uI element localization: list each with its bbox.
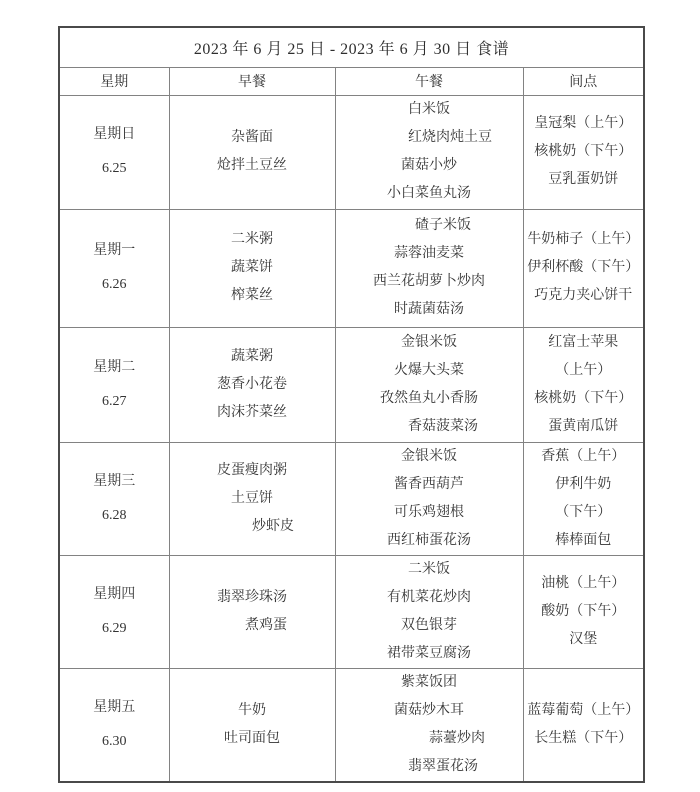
weekday-label: 星期二	[62, 351, 167, 385]
weekday-cell: 星期二 6.27	[59, 327, 169, 442]
weekday-cell: 星期日 6.25	[59, 95, 169, 209]
column-header-snack: 间点	[523, 67, 644, 95]
menu-item: 蒜蓉油麦菜	[338, 240, 521, 268]
menu-item: 杂酱面	[172, 124, 333, 152]
menu-item: 香菇菠菜汤	[338, 413, 521, 441]
menu-item: 长生糕（下午）	[526, 725, 642, 753]
menu-item: 酸奶（下午）	[526, 598, 642, 626]
menu-item: 蔬菜饼	[172, 254, 333, 282]
menu-item: 蒜薹炒肉	[338, 725, 521, 753]
weekday-label: 星期三	[62, 465, 167, 499]
table-title: 2023 年 6 月 25 日 - 2023 年 6 月 30 日 食谱	[59, 27, 644, 67]
menu-item: 汉堡	[526, 626, 642, 654]
lunch-cell: 二米饭有机菜花炒肉双色银芽裙带菜豆腐汤	[335, 555, 523, 668]
lunch-cell: 白米饭 红烧肉炖土豆菌菇小炒小白菜鱼丸汤	[335, 95, 523, 209]
snack-cell: 红富士苹果（上午）核桃奶（下午）蛋黄南瓜饼	[523, 327, 644, 442]
menu-item: 葱香小花卷	[172, 371, 333, 399]
date-label: 6.29	[62, 612, 167, 646]
breakfast-cell: 牛奶吐司面包	[169, 668, 335, 782]
menu-item: 西兰花胡萝卜炒肉	[338, 268, 521, 296]
menu-item: 二米粥	[172, 226, 333, 254]
breakfast-cell: 蔬菜粥葱香小花卷肉沫芥菜丝	[169, 327, 335, 442]
weekday-label: 星期一	[62, 234, 167, 268]
date-label: 6.27	[62, 385, 167, 419]
snack-cell: 蓝莓葡萄（上午）长生糕（下午）	[523, 668, 644, 782]
menu-item: 紫菜饭团	[338, 669, 521, 697]
lunch-cell: 金银米饭酱香西葫芦可乐鸡翅根西红柿蛋花汤	[335, 442, 523, 555]
menu-item: 小白菜鱼丸汤	[338, 180, 521, 208]
menu-item: 菌菇炒木耳	[338, 697, 521, 725]
menu-item: 核桃奶（下午）	[526, 138, 642, 166]
menu-item: 孜然鱼丸小香肠	[338, 385, 521, 413]
menu-item: 双色银芽	[338, 612, 521, 640]
date-label: 6.25	[62, 152, 167, 186]
date-label: 6.28	[62, 499, 167, 533]
menu-item: 红富士苹果	[526, 329, 642, 357]
snack-cell: 牛奶柿子（上午）伊利杯酸（下午）巧克力夹心饼干	[523, 209, 644, 327]
weekday-cell: 星期三 6.28	[59, 442, 169, 555]
menu-item: 西红柿蛋花汤	[338, 527, 521, 555]
menu-item: 金银米饭	[338, 443, 521, 471]
table-row: 星期三 6.28 皮蛋瘦肉粥土豆饼 炒虾皮 金银米饭酱香西葫芦可乐鸡翅根西红柿蛋…	[59, 442, 644, 555]
menu-item: 红烧肉炖土豆	[338, 124, 521, 152]
menu-item: 土豆饼	[172, 485, 333, 513]
menu-item: 炒虾皮	[172, 513, 333, 541]
menu-item: 翡翠蛋花汤	[338, 753, 521, 781]
menu-item: 二米饭	[338, 556, 521, 584]
menu-item: 巧克力夹心饼干	[526, 282, 642, 310]
breakfast-cell: 翡翠珍珠汤 煮鸡蛋	[169, 555, 335, 668]
menu-item: 裙带菜豆腐汤	[338, 640, 521, 668]
menu-item: 牛奶	[172, 697, 333, 725]
menu-item: 油桃（上午）	[526, 570, 642, 598]
menu-item: 伊利牛奶	[526, 471, 642, 499]
column-header-weekday: 星期	[59, 67, 169, 95]
menu-item: 碴子米饭	[338, 212, 521, 240]
menu-item: 核桃奶（下午）	[526, 385, 642, 413]
menu-item: （上午）	[526, 357, 642, 385]
menu-item: 肉沫芥菜丝	[172, 399, 333, 427]
weekday-label: 星期日	[62, 118, 167, 152]
menu-item: 榨菜丝	[172, 282, 333, 310]
menu-item: 可乐鸡翅根	[338, 499, 521, 527]
lunch-cell: 紫菜饭团菌菇炒木耳 蒜薹炒肉 翡翠蛋花汤	[335, 668, 523, 782]
weekday-label: 星期五	[62, 691, 167, 725]
menu-item: 火爆大头菜	[338, 357, 521, 385]
menu-item: 炝拌土豆丝	[172, 152, 333, 180]
menu-item: 煮鸡蛋	[172, 612, 333, 640]
menu-item: 香蕉（上午）	[526, 443, 642, 471]
menu-item: 金银米饭	[338, 329, 521, 357]
breakfast-cell: 杂酱面炝拌土豆丝	[169, 95, 335, 209]
menu-item: 豆乳蛋奶饼	[526, 166, 642, 194]
menu-item: 牛奶柿子（上午）	[526, 226, 642, 254]
breakfast-cell: 皮蛋瘦肉粥土豆饼 炒虾皮	[169, 442, 335, 555]
weekday-cell: 星期四 6.29	[59, 555, 169, 668]
weekday-cell: 星期五 6.30	[59, 668, 169, 782]
document-page: 2023 年 6 月 25 日 - 2023 年 6 月 30 日 食谱 星期 …	[0, 0, 700, 792]
menu-item: 菌菇小炒	[338, 152, 521, 180]
menu-item: 翡翠珍珠汤	[172, 584, 333, 612]
column-header-lunch: 午餐	[335, 67, 523, 95]
weekday-cell: 星期一 6.26	[59, 209, 169, 327]
menu-item: 蛋黄南瓜饼	[526, 413, 642, 441]
table-row: 星期一 6.26 二米粥蔬菜饼榨菜丝 碴子米饭蒜蓉油麦菜西兰花胡萝卜炒肉时蔬菌菇…	[59, 209, 644, 327]
weekday-label: 星期四	[62, 578, 167, 612]
menu-item: 白米饭	[338, 96, 521, 124]
menu-item: 皮蛋瘦肉粥	[172, 457, 333, 485]
table-row: 星期四 6.29 翡翠珍珠汤 煮鸡蛋 二米饭有机菜花炒肉双色银芽裙带菜豆腐汤 油…	[59, 555, 644, 668]
date-label: 6.30	[62, 725, 167, 759]
table-row: 星期五 6.30 牛奶吐司面包 紫菜饭团菌菇炒木耳 蒜薹炒肉 翡翠蛋花汤 蓝莓葡…	[59, 668, 644, 782]
menu-item: （下午）	[526, 499, 642, 527]
snack-cell: 香蕉（上午）伊利牛奶（下午）棒棒面包	[523, 442, 644, 555]
menu-item: 吐司面包	[172, 725, 333, 753]
menu-item: 棒棒面包	[526, 527, 642, 555]
lunch-cell: 碴子米饭蒜蓉油麦菜西兰花胡萝卜炒肉时蔬菌菇汤	[335, 209, 523, 327]
menu-item: 时蔬菌菇汤	[338, 296, 521, 324]
menu-item: 有机菜花炒肉	[338, 584, 521, 612]
table-row: 星期二 6.27 蔬菜粥葱香小花卷肉沫芥菜丝 金银米饭火爆大头菜孜然鱼丸小香肠 …	[59, 327, 644, 442]
menu-item: 蓝莓葡萄（上午）	[526, 697, 642, 725]
menu-item: 皇冠梨（上午）	[526, 110, 642, 138]
menu-item: 蔬菜粥	[172, 343, 333, 371]
table-row: 星期日 6.25 杂酱面炝拌土豆丝 白米饭 红烧肉炖土豆菌菇小炒小白菜鱼丸汤 皇…	[59, 95, 644, 209]
menu-table: 2023 年 6 月 25 日 - 2023 年 6 月 30 日 食谱 星期 …	[58, 26, 645, 783]
breakfast-cell: 二米粥蔬菜饼榨菜丝	[169, 209, 335, 327]
column-header-breakfast: 早餐	[169, 67, 335, 95]
snack-cell: 油桃（上午）酸奶（下午）汉堡	[523, 555, 644, 668]
menu-item: 伊利杯酸（下午）	[526, 254, 642, 282]
snack-cell: 皇冠梨（上午）核桃奶（下午）豆乳蛋奶饼	[523, 95, 644, 209]
menu-item: 酱香西葫芦	[338, 471, 521, 499]
lunch-cell: 金银米饭火爆大头菜孜然鱼丸小香肠 香菇菠菜汤	[335, 327, 523, 442]
date-label: 6.26	[62, 268, 167, 302]
